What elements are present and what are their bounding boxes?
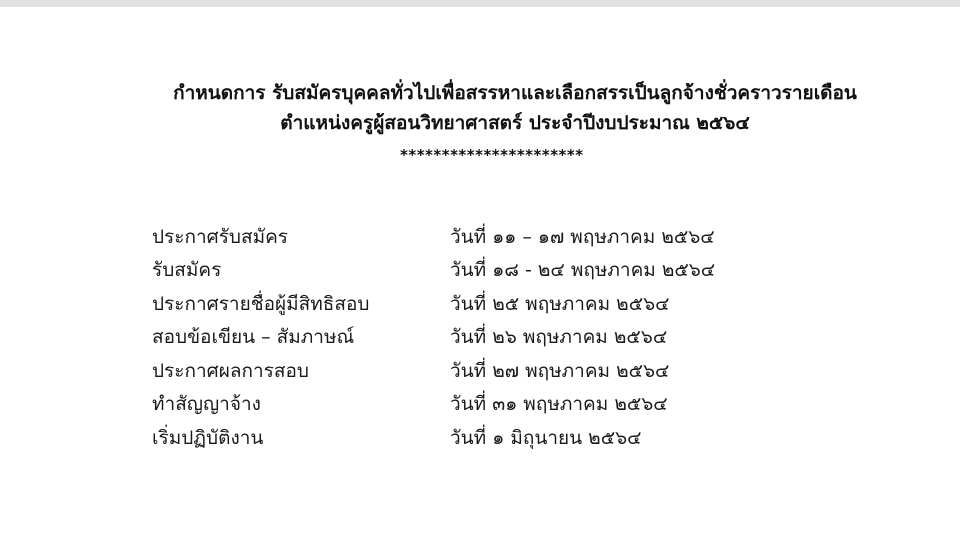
schedule-row-start-work: เริ่มปฏิบัติงาน วันที่ ๑ มิถุนายน ๒๕๖๔ xyxy=(152,421,850,455)
schedule-row-contract: ทำสัญญาจ้าง วันที่ ๓๑ พฤษภาคม ๒๕๖๔ xyxy=(152,388,850,422)
schedule-label: ทำสัญญาจ้าง xyxy=(152,389,450,419)
schedule-label: เริ่มปฏิบัติงาน xyxy=(152,423,450,453)
schedule-row-exam: สอบข้อเขียน – สัมภาษณ์ วันที่ ๒๖ พฤษภาคม… xyxy=(152,321,850,355)
top-bar xyxy=(0,0,960,7)
schedule-date: วันที่ ๑๘ - ๒๔ พฤษภาคม ๒๕๖๔ xyxy=(450,255,850,285)
schedule-list: ประกาศรับสมัคร วันที่ ๑๑ – ๑๗ พฤษภาคม ๒๕… xyxy=(152,220,850,455)
separator-stars: ********************** xyxy=(400,146,584,164)
title-line-2: ตำแหน่งครูผู้สอนวิทยาศาสตร์ ประจำปีงบประ… xyxy=(0,108,960,138)
schedule-date: วันที่ ๒๖ พฤษภาคม ๒๕๖๔ xyxy=(450,322,850,352)
schedule-date: วันที่ ๒๕ พฤษภาคม ๒๕๖๔ xyxy=(450,289,850,319)
title-line-1: กำหนดการ รับสมัครบุคคลทั่วไปเพื่อสรรหาแล… xyxy=(0,78,960,108)
schedule-label: สอบข้อเขียน – สัมภาษณ์ xyxy=(152,322,450,352)
schedule-date: วันที่ ๑ มิถุนายน ๒๕๖๔ xyxy=(450,423,850,453)
schedule-row-application: รับสมัคร วันที่ ๑๘ - ๒๔ พฤษภาคม ๒๕๖๔ xyxy=(152,254,850,288)
schedule-label: ประกาศรับสมัคร xyxy=(152,222,450,252)
schedule-date: วันที่ ๑๑ – ๑๗ พฤษภาคม ๒๕๖๔ xyxy=(450,222,850,252)
schedule-label: ประกาศรายชื่อผู้มีสิทธิสอบ xyxy=(152,289,450,319)
schedule-label: รับสมัคร xyxy=(152,255,450,285)
schedule-date: วันที่ ๓๑ พฤษภาคม ๒๕๖๔ xyxy=(450,389,850,419)
schedule-row-eligible-list: ประกาศรายชื่อผู้มีสิทธิสอบ วันที่ ๒๕ พฤษ… xyxy=(152,287,850,321)
schedule-date: วันที่ ๒๗ พฤษภาคม ๒๕๖๔ xyxy=(450,356,850,386)
document-header: กำหนดการ รับสมัครบุคคลทั่วไปเพื่อสรรหาแล… xyxy=(0,78,960,138)
schedule-row-results: ประกาศผลการสอบ วันที่ ๒๗ พฤษภาคม ๒๕๖๔ xyxy=(152,354,850,388)
schedule-label: ประกาศผลการสอบ xyxy=(152,356,450,386)
schedule-row-announcement: ประกาศรับสมัคร วันที่ ๑๑ – ๑๗ พฤษภาคม ๒๕… xyxy=(152,220,850,254)
